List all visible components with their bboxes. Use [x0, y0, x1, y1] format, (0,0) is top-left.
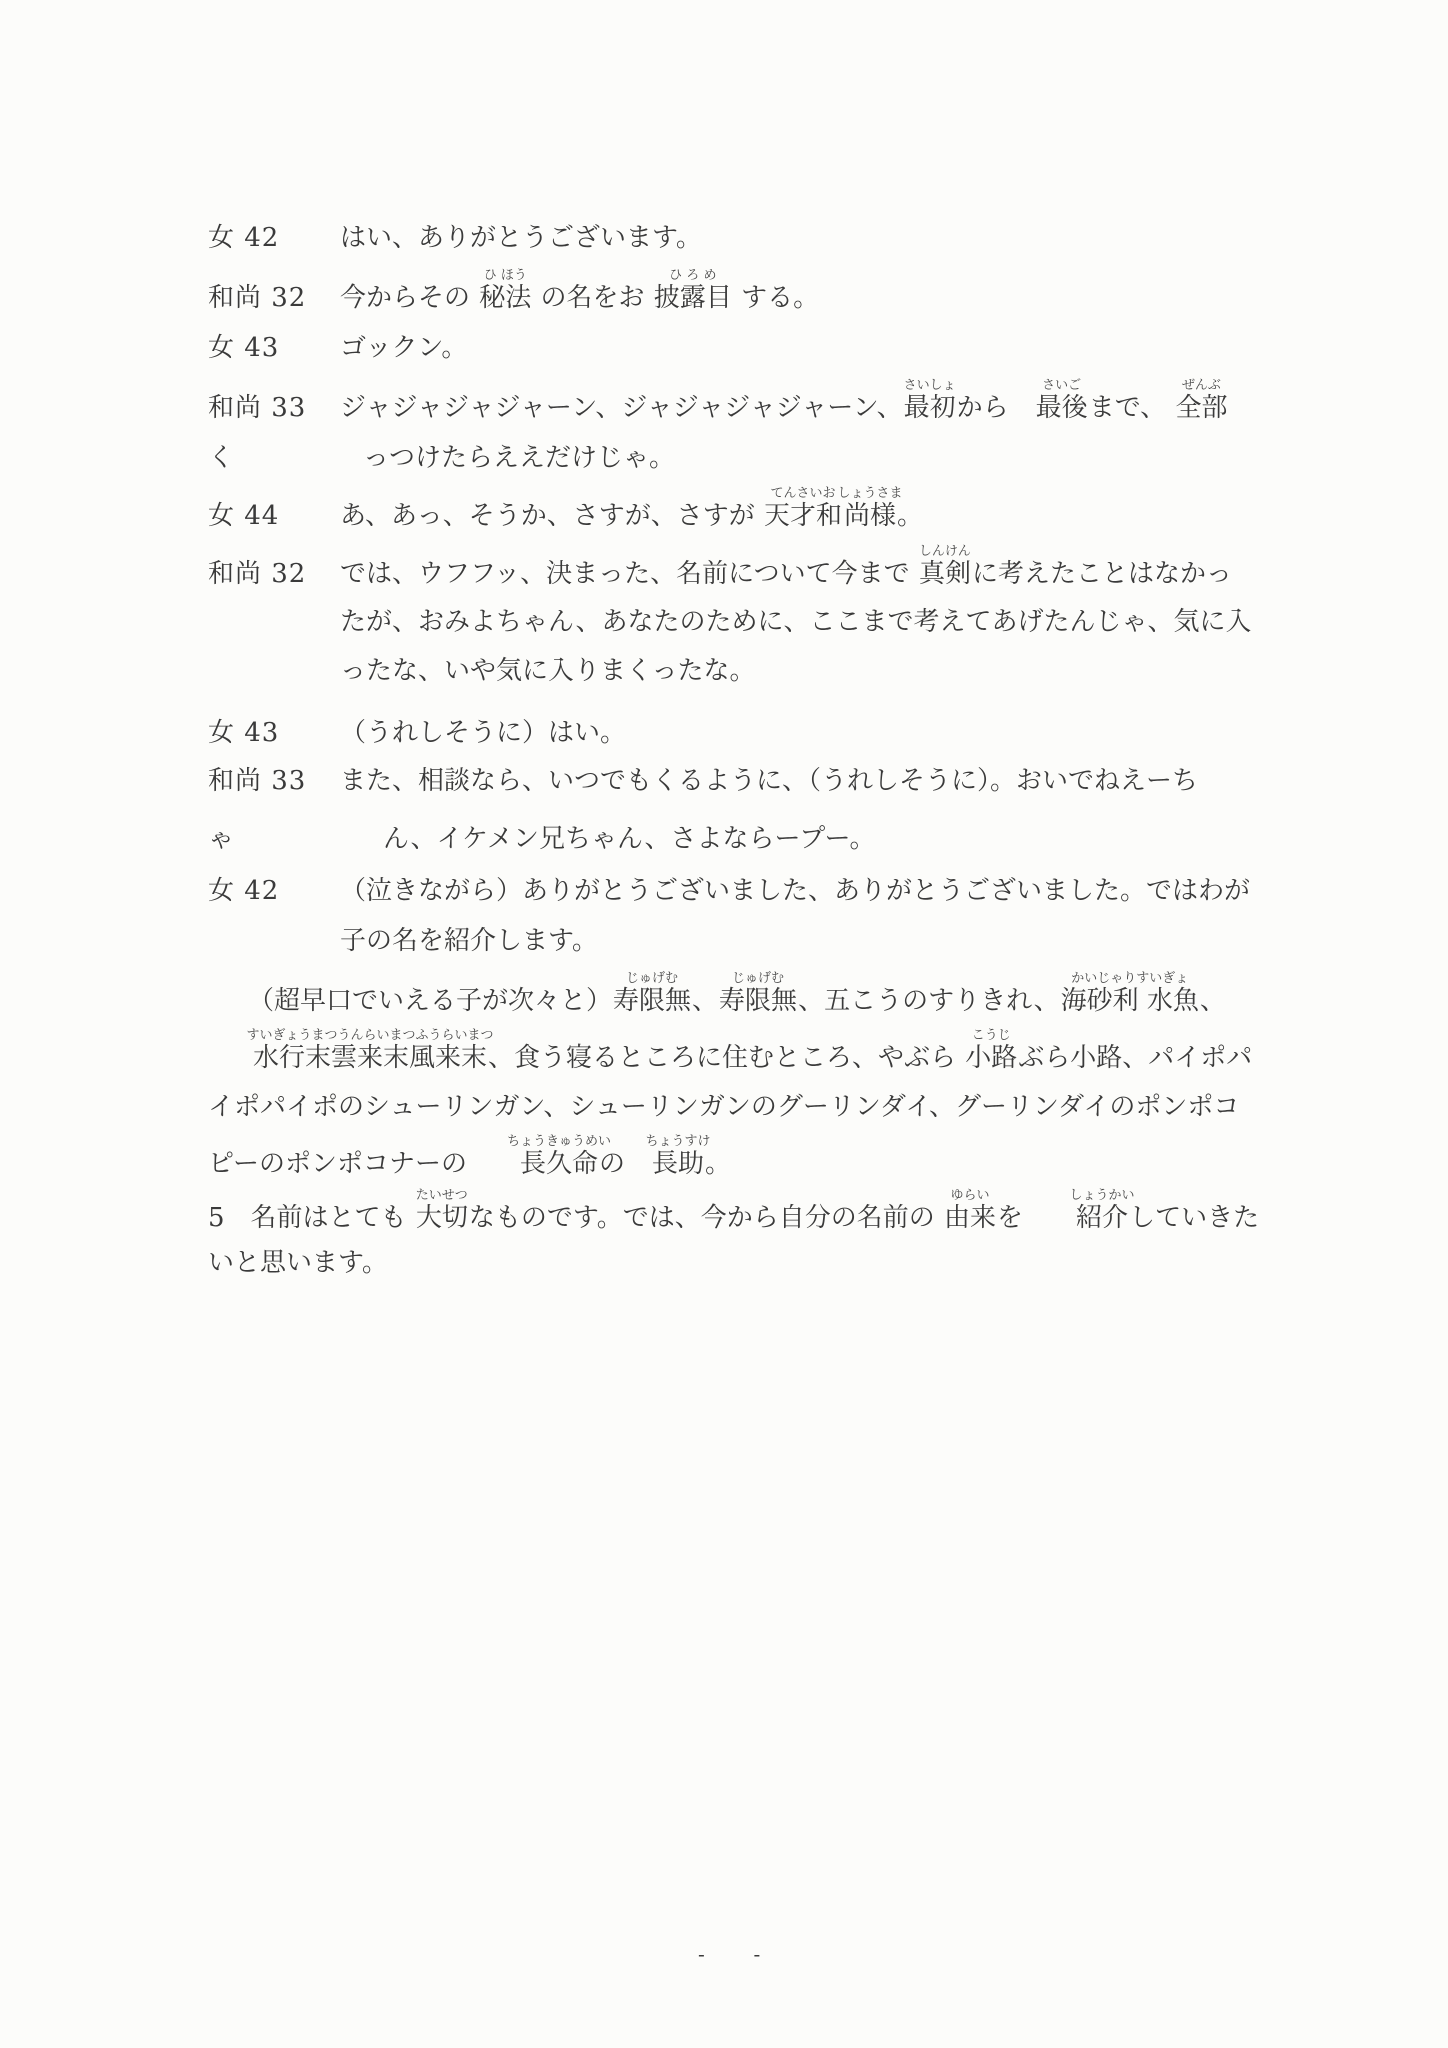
- ruby-base: 寿限無じゅげむ: [719, 988, 797, 1014]
- ruby-base: 秘法ひ ほう: [479, 285, 531, 311]
- base-text: 全部: [1175, 393, 1227, 423]
- ruby-base: 尚様しょうさま: [844, 503, 896, 529]
- furigana: じゅげむ: [626, 972, 678, 985]
- text-run: ん、イケメン兄ちゃん、さよならープー。: [383, 824, 875, 854]
- line-text: ったな、いや気に入りまくったな。: [340, 658, 755, 684]
- text-run: （うれしそうに）はい。: [340, 718, 626, 748]
- text-run: 。: [897, 501, 923, 531]
- speaker-label: 女 44: [208, 503, 279, 529]
- script-body: 女 42はい、ありがとうございます。和尚 32今からその 秘法ひ ほう の名をお…: [0, 0, 1448, 2048]
- text-run: ったな、いや気に入りまくったな。: [340, 656, 755, 686]
- page-number-footer: - -: [698, 1944, 760, 1964]
- speaker-label: 女 43: [208, 335, 279, 361]
- speaker-label: 和尚 32: [208, 285, 306, 311]
- text-run: （泣きながら）ありがとうございました、ありがとうございました。ではわが: [340, 876, 1250, 906]
- text-run: また、相談なら、いつでもくるように、（うれしそうに）。おいでねえーち: [340, 766, 1198, 796]
- text-run: 5 名前はとても: [208, 1203, 415, 1233]
- line-text: （超早口でいえる子が次々と）寿限無じゅげむ、寿限無じゅげむ、五こうのすりきれ、海…: [248, 988, 1226, 1014]
- text-run: ゴックン。: [340, 333, 467, 363]
- speaker-label: 和尚 32: [208, 561, 306, 587]
- text-run: イポパイポのシューリンガン、シューリンガンのグーリンダイ、グーリンダイのポンポコ: [208, 1092, 1239, 1122]
- furigana: しんけん: [919, 545, 971, 558]
- line-text: あ、あっ、そうか、さすが、さすが 天才和てんさいお尚様しょうさま。: [340, 503, 923, 529]
- text-run: 。: [705, 1149, 731, 1179]
- base-text: 大切: [416, 1203, 468, 1233]
- speaker-label: 和尚 33: [208, 768, 306, 794]
- furigana: ちょうすけ: [645, 1135, 710, 1148]
- text-run: では、ウフフッ、決まった、名前について今まで: [340, 559, 918, 589]
- furigana: しょうさま: [837, 487, 902, 500]
- furigana: ひ ほう: [484, 269, 527, 282]
- line-text: 5 名前はとても 大切たいせつなものです。では、今から自分の名前の 由来ゆらいを…: [208, 1205, 1259, 1231]
- ruby-base: 長助ちょうすけ: [652, 1151, 704, 1177]
- speaker-label: 女 43: [208, 720, 279, 746]
- ruby-base: 由来ゆらい: [944, 1205, 996, 1231]
- base-text: 寿限無: [613, 986, 691, 1016]
- text-run: する。: [733, 283, 819, 313]
- furigana: かいじゃりすいぎょ: [1071, 972, 1188, 985]
- ruby-base: 大切たいせつ: [416, 1205, 468, 1231]
- speaker-label: 和尚 33: [208, 395, 306, 421]
- ruby-base: 全部ぜんぶ: [1175, 395, 1227, 421]
- line-text: また、相談なら、いつでもくるように、（うれしそうに）。おいでねえーち: [340, 768, 1198, 794]
- text-run: （超早口でいえる子が次々と）: [248, 986, 612, 1016]
- text-run: に考えたことはなかっ: [972, 559, 1232, 589]
- line-text: ゴックン。: [340, 335, 467, 361]
- text-run: ぶら小路、パイポパ: [1018, 1043, 1252, 1073]
- text-run: なものです。では、今から自分の名前の: [469, 1203, 943, 1233]
- base-text: 真剣: [919, 559, 971, 589]
- ruby-base: 小路こうじ: [965, 1045, 1017, 1071]
- line-text: いと思います。: [208, 1250, 388, 1276]
- line-text: たが、おみよちゃん、あなたのために、ここまで考えてあげたんじゃ、気に入: [340, 609, 1252, 635]
- line-text: （泣きながら）ありがとうございました、ありがとうございました。ではわが: [340, 878, 1250, 904]
- base-text: 長久命: [520, 1149, 598, 1179]
- text-run: っつけたらええだけじゃ。: [363, 443, 675, 473]
- text-run: はい、ありがとうございます。: [340, 223, 702, 253]
- furigana: ゆらい: [951, 1189, 990, 1202]
- base-text: 秘法: [479, 283, 531, 313]
- base-text: 披露目: [654, 283, 732, 313]
- ruby-base: 紹介しょうかい: [1076, 1205, 1128, 1231]
- text-run: 今からその: [340, 283, 478, 313]
- furigana: ひ ろ め: [669, 269, 716, 282]
- speaker-label: ゃ: [208, 826, 235, 852]
- speaker-label: く: [208, 445, 235, 471]
- base-text: 由来: [944, 1203, 996, 1233]
- furigana: てんさいお: [770, 487, 835, 500]
- ruby-base: 最後さいご: [1036, 395, 1088, 421]
- document-page: 女 42はい、ありがとうございます。和尚 32今からその 秘法ひ ほう の名をお…: [0, 0, 1448, 2048]
- base-text: 寿限無: [719, 986, 797, 1016]
- furigana: じゅげむ: [732, 972, 784, 985]
- line-text: ん、イケメン兄ちゃん、さよならープー。: [383, 826, 875, 852]
- text-run: していきた: [1129, 1203, 1259, 1233]
- base-text: 天才和: [764, 501, 842, 531]
- line-text: ジャジャジャジャーン、ジャジャジャジャーン、最初さいしょから 最後さいごまで、 …: [340, 395, 1228, 421]
- text-run: あ、あっ、そうか、さすが、さすが: [340, 501, 763, 531]
- line-text: っつけたらええだけじゃ。: [363, 445, 675, 471]
- base-text: 海砂利 水魚: [1061, 986, 1199, 1016]
- ruby-base: 最初さいしょ: [904, 395, 956, 421]
- base-text: 最後: [1036, 393, 1088, 423]
- text-run: 、: [692, 986, 718, 1016]
- speaker-label: 女 42: [208, 878, 279, 904]
- ruby-base: 天才和てんさいお: [764, 503, 842, 529]
- line-text: では、ウフフッ、決まった、名前について今まで 真剣しんけんに考えたことはなかっ: [340, 561, 1232, 587]
- ruby-base: 真剣しんけん: [919, 561, 971, 587]
- ruby-base: 海砂利 水魚かいじゃりすいぎょ: [1061, 988, 1199, 1014]
- text-run: たが、おみよちゃん、あなたのために、ここまで考えてあげたんじゃ、気に入: [340, 607, 1252, 637]
- furigana: たいせつ: [416, 1189, 468, 1202]
- base-text: 尚様: [844, 501, 896, 531]
- furigana: ちょうきゅうめい: [507, 1135, 611, 1148]
- base-text: 小路: [965, 1043, 1017, 1073]
- line-text: 子の名を紹介します。: [340, 928, 598, 954]
- ruby-base: 披露目ひ ろ め: [654, 285, 732, 311]
- text-run: 、五こうのすりきれ、: [798, 986, 1060, 1016]
- text-run: の: [599, 1149, 651, 1179]
- text-run: ジャジャジャジャーン、ジャジャジャジャーン、: [340, 393, 903, 423]
- base-text: 長助: [652, 1149, 704, 1179]
- ruby-base: 寿限無じゅげむ: [613, 988, 691, 1014]
- line-text: はい、ありがとうございます。: [340, 225, 702, 251]
- text-run: の名をお: [532, 283, 653, 313]
- furigana: すいぎょうまつうんらいまつふうらいまつ: [246, 1029, 493, 1042]
- line-text: 水行末雲来末風来末すいぎょうまつうんらいまつふうらいまつ、食う寝るところに住むと…: [252, 1045, 1252, 1071]
- ruby-base: 水行末雲来末風来末すいぎょうまつうんらいまつふうらいまつ: [253, 1045, 487, 1071]
- text-run: ピーのポンポコナーの: [208, 1149, 519, 1179]
- furigana: ぜんぶ: [1182, 379, 1221, 392]
- text-run: 、: [1200, 986, 1226, 1016]
- text-run: 、食う寝るところに住むところ、やぶら: [488, 1043, 964, 1073]
- text-run: いと思います。: [208, 1248, 388, 1278]
- furigana: しょうかい: [1070, 1189, 1135, 1202]
- line-text: ピーのポンポコナーの 長久命ちょうきゅうめいの 長助ちょうすけ。: [208, 1151, 731, 1177]
- furigana: こうじ: [972, 1029, 1011, 1042]
- furigana: さいご: [1042, 379, 1081, 392]
- furigana: さいしょ: [904, 379, 956, 392]
- base-text: 最初: [904, 393, 956, 423]
- text-run: まで、: [1089, 393, 1175, 423]
- text-run: 子の名を紹介します。: [340, 926, 598, 956]
- line-text: 今からその 秘法ひ ほう の名をお 披露目ひ ろ め する。: [340, 285, 819, 311]
- base-text: 水行末雲来末風来末: [253, 1043, 487, 1073]
- line-text: イポパイポのシューリンガン、シューリンガンのグーリンダイ、グーリンダイのポンポコ: [208, 1094, 1239, 1120]
- text-run: を: [997, 1203, 1075, 1233]
- line-text: （うれしそうに）はい。: [340, 720, 626, 746]
- speaker-label: 女 42: [208, 225, 279, 251]
- text-run: から: [957, 393, 1035, 423]
- ruby-base: 長久命ちょうきゅうめい: [520, 1151, 598, 1177]
- base-text: 紹介: [1076, 1203, 1128, 1233]
